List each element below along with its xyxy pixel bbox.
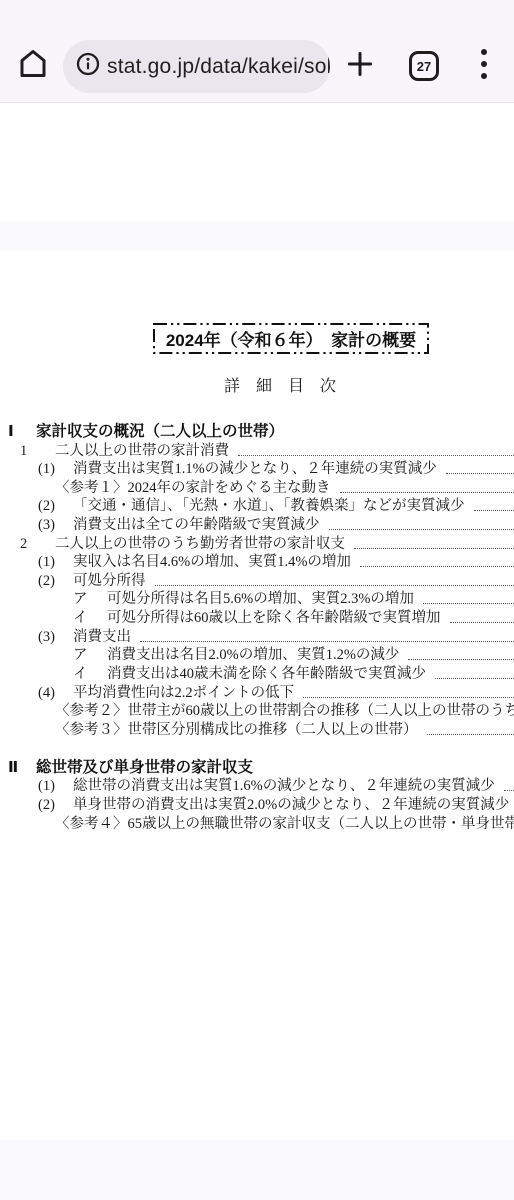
dotted-leader xyxy=(474,510,514,511)
dotted-leader xyxy=(504,790,514,791)
item-text: 実収入は名目4.6%の増加、実質1.4%の増加 xyxy=(73,553,351,572)
item-label: ア xyxy=(73,590,107,609)
dotted-leader xyxy=(423,603,514,604)
toc-item: (2)可処分所得 xyxy=(0,571,514,590)
new-tab-button[interactable] xyxy=(343,49,377,83)
item-text: 〈参考２〉世帯主が60歳以上の世帯割合の推移（二人以上の世帯のうち勤労者世 xyxy=(55,702,514,721)
dotted-leader xyxy=(303,697,514,698)
page-gap-top xyxy=(0,222,514,250)
url-text: stat.go.jp/data/kakei/sok xyxy=(107,55,330,79)
home-button[interactable] xyxy=(16,48,50,84)
section-title: 総世帯及び単身世帯の家計収支 xyxy=(36,755,253,777)
kebab-menu-icon xyxy=(479,47,489,86)
item-label: (3) xyxy=(38,517,73,534)
dotted-leader xyxy=(354,548,514,549)
toc: Ⅰ家計収支の概況（二人以上の世帯）1二人以上の世帯の家計消費(1)消費支出は実質… xyxy=(0,419,514,833)
section-numeral: Ⅱ xyxy=(8,758,36,777)
item-text: 可処分所得 xyxy=(73,571,146,590)
item-label: (1) xyxy=(38,554,73,571)
toc-item: (2)「交通・通信」、「光熱・水道」、「教養娯楽」などが実質減少 xyxy=(0,497,514,516)
item-label: ア xyxy=(73,646,107,665)
dotted-leader xyxy=(360,566,514,567)
toc-item: ア可処分所得は名目5.6%の増加、実質2.3%の増加 xyxy=(0,590,514,609)
item-label: (3) xyxy=(38,629,73,646)
home-icon xyxy=(18,48,48,85)
page-gap-bottom xyxy=(0,1140,514,1200)
toc-item: (1)消費支出は実質1.1%の減少となり、２年連続の実質減少 xyxy=(0,460,514,479)
toc-item: (3)消費支出 xyxy=(0,627,514,646)
item-text: 平均消費性向は2.2ポイントの低下 xyxy=(73,683,294,702)
toc-item: イ消費支出は40歳未満を除く各年齢階級で実質減少 xyxy=(0,664,514,683)
toc-item: (2)単身世帯の消費支出は実質2.0%の減少となり、２年連続の実質減少 xyxy=(0,795,514,814)
item-text: 総世帯の消費支出は実質1.6%の減少となり、２年連続の実質減少 xyxy=(73,777,495,796)
item-label: (2) xyxy=(38,573,73,590)
dash-dot-border xyxy=(153,323,429,354)
tab-switcher-button[interactable]: 27 xyxy=(409,51,439,81)
dotted-leader xyxy=(427,734,514,735)
dotted-leader xyxy=(408,659,514,660)
pdf-page: 2024年（令和６年） 家計の概要 詳 細 目 次 Ⅰ家計収支の概況（二人以上の… xyxy=(0,250,514,1140)
item-label: 1 xyxy=(20,443,55,460)
toc-item: 〈参考３〉世帯区分別構成比の推移（二人以上の世帯） xyxy=(0,720,514,739)
item-text: 可処分所得は名目5.6%の増加、実質2.3%の増加 xyxy=(107,590,414,609)
item-text: 二人以上の世帯の家計消費 xyxy=(55,441,229,460)
dotted-leader xyxy=(155,585,514,586)
item-text: 〈参考１〉2024年の家計をめぐる主な動き xyxy=(55,478,331,497)
toc-item: 1二人以上の世帯の家計消費 xyxy=(0,441,514,460)
dotted-leader xyxy=(435,678,514,679)
dotted-leader xyxy=(340,492,514,493)
item-label: (1) xyxy=(38,461,73,478)
doc-title-box: 2024年（令和６年） 家計の概要 xyxy=(153,323,429,354)
item-text: 〈参考３〉世帯区分別構成比の推移（二人以上の世帯） xyxy=(55,720,418,739)
toc-item: 〈参考２〉世帯主が60歳以上の世帯割合の推移（二人以上の世帯のうち勤労者世 xyxy=(0,702,514,721)
item-text: 消費支出は全ての年齢階級で実質減少 xyxy=(73,515,320,534)
item-label: (4) xyxy=(38,685,73,702)
dotted-leader xyxy=(140,641,514,642)
toc-item: 〈参考１〉2024年の家計をめぐる主な動き xyxy=(0,478,514,497)
item-text: 「交通・通信」、「光熱・水道」、「教養娯楽」などが実質減少 xyxy=(73,497,465,516)
item-label: 2 xyxy=(20,536,55,553)
previous-page-bottom xyxy=(0,103,514,222)
toc-section-heading: Ⅱ総世帯及び単身世帯の家計収支 xyxy=(0,755,514,777)
menu-button[interactable] xyxy=(470,48,498,84)
section-title: 家計収支の概況（二人以上の世帯） xyxy=(36,419,284,441)
item-text: 消費支出は40歳未満を除く各年齢階級で実質減少 xyxy=(107,664,426,683)
dotted-leader xyxy=(450,622,514,623)
url-bar[interactable]: stat.go.jp/data/kakei/sok xyxy=(63,40,330,93)
toc-item: (3)消費支出は全ての年齢階級で実質減少 xyxy=(0,515,514,534)
toc-section-heading: Ⅰ家計収支の概況（二人以上の世帯） xyxy=(0,419,514,441)
item-text: 単身世帯の消費支出は実質2.0%の減少となり、２年連続の実質減少 xyxy=(73,795,509,814)
dotted-leader xyxy=(329,529,514,530)
item-text: 二人以上の世帯のうち勤労者世帯の家計収支 xyxy=(55,534,345,553)
toc-item: (4)平均消費性向は2.2ポイントの低下 xyxy=(0,683,514,702)
page-info-icon[interactable] xyxy=(76,52,100,81)
toc-item: イ可処分所得は60歳以上を除く各年齢階級で実質増加 xyxy=(0,608,514,627)
tab-count: 27 xyxy=(417,59,431,74)
toc-item: (1)総世帯の消費支出は実質1.6%の減少となり、２年連続の実質減少 xyxy=(0,777,514,796)
item-text: 〈参考４〉65歳以上の無職世帯の家計収支（二人以上の世帯・単身世帯） xyxy=(55,814,514,833)
item-label: (2) xyxy=(38,498,73,515)
dotted-leader xyxy=(238,455,514,456)
item-label: イ xyxy=(73,664,107,683)
plus-icon xyxy=(344,48,376,85)
item-label: (2) xyxy=(38,797,73,814)
dotted-leader xyxy=(446,473,514,474)
item-text: 消費支出は実質1.1%の減少となり、２年連続の実質減少 xyxy=(73,460,437,479)
toc-item: ア消費支出は名目2.0%の増加、実質1.2%の減少 xyxy=(0,646,514,665)
toc-item: 〈参考４〉65歳以上の無職世帯の家計収支（二人以上の世帯・単身世帯） xyxy=(0,814,514,833)
item-text: 可処分所得は60歳以上を除く各年齢階級で実質増加 xyxy=(107,608,441,627)
item-label: イ xyxy=(73,608,107,627)
item-label: (1) xyxy=(38,778,73,795)
doc-subtitle: 詳 細 目 次 xyxy=(0,373,514,396)
item-text: 消費支出は名目2.0%の増加、実質1.2%の減少 xyxy=(107,646,399,665)
toc-item: (1)実収入は名目4.6%の増加、実質1.4%の増加 xyxy=(0,553,514,572)
item-text: 消費支出 xyxy=(73,627,131,646)
section-numeral: Ⅰ xyxy=(8,422,36,441)
browser-toolbar: stat.go.jp/data/kakei/sok 27 xyxy=(0,0,514,103)
toc-item: 2二人以上の世帯のうち勤労者世帯の家計収支 xyxy=(0,534,514,553)
